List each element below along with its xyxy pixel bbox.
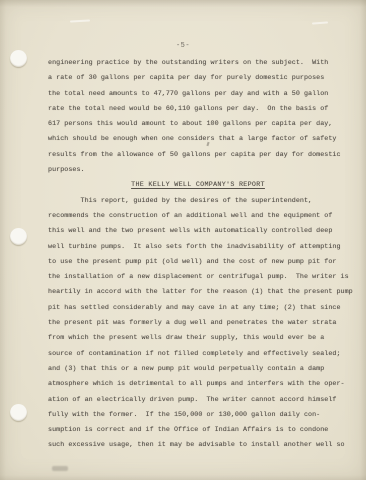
typed-line: the total need amounts to 47,770 gallons… [48, 87, 348, 102]
typed-line: a rate of 30 gallons per capita per day … [48, 71, 348, 86]
scanned-typewritten-page: -5- engineering practice by the outstand… [0, 0, 366, 480]
typed-line: the present pit was formerly a dug well … [48, 316, 348, 331]
typed-line: the installation of a new displacement o… [48, 270, 348, 285]
report-paragraph: This report, guided by the desires of th… [48, 194, 348, 454]
punch-hole-top [10, 50, 27, 67]
typed-line: atmosphere which is detrimental to all p… [48, 377, 348, 392]
typed-line: such excessive usage, then it may be adv… [48, 438, 348, 453]
typed-line: ation of an electrically driven pump. Th… [48, 393, 348, 408]
paper-scratch [312, 21, 328, 24]
typed-line: well turbine pumps. It also sets forth t… [48, 240, 348, 255]
typed-line: 617 persons this would amount to about 1… [48, 117, 348, 132]
paper-scratch [70, 19, 90, 22]
typed-line: to use the present pump pit (old well) a… [48, 255, 348, 270]
page-number: -5- [0, 41, 366, 51]
punch-hole-bottom [10, 404, 27, 421]
typed-line: heartily in accord with the latter for t… [48, 285, 348, 300]
typed-line: fully with the former. If the 150,000 or… [48, 408, 348, 423]
punch-hole-middle [10, 228, 27, 245]
typed-line: which should be enough when one consider… [48, 132, 348, 147]
ink-smudge [52, 466, 68, 471]
paragraph-continuation: engineering practice by the outstanding … [48, 56, 348, 178]
typed-line: rate the total need would be 60,110 gall… [48, 102, 348, 117]
typed-line: pit has settled considerably and may cav… [48, 301, 348, 316]
typed-line: this well and the two present wells with… [48, 224, 348, 239]
typed-line: purposes. [48, 163, 348, 178]
typed-line: source of contamination if not filled co… [48, 347, 348, 362]
typed-line: engineering practice by the outstanding … [48, 56, 348, 71]
typed-line: sumption is correct and if the Office of… [48, 423, 348, 438]
typed-line: and (3) that this or a new pump pit woul… [48, 362, 348, 377]
typed-line: recommends the construction of an additi… [48, 209, 348, 224]
section-heading: THE KELLY WELL COMPANY'S REPORT [48, 178, 348, 193]
typed-line: from which the present wells draw their … [48, 331, 348, 346]
typed-line: results from the allowance of 50 gallons… [48, 148, 348, 163]
typed-line: This report, guided by the desires of th… [48, 194, 348, 209]
typed-body: engineering practice by the outstanding … [48, 56, 348, 454]
